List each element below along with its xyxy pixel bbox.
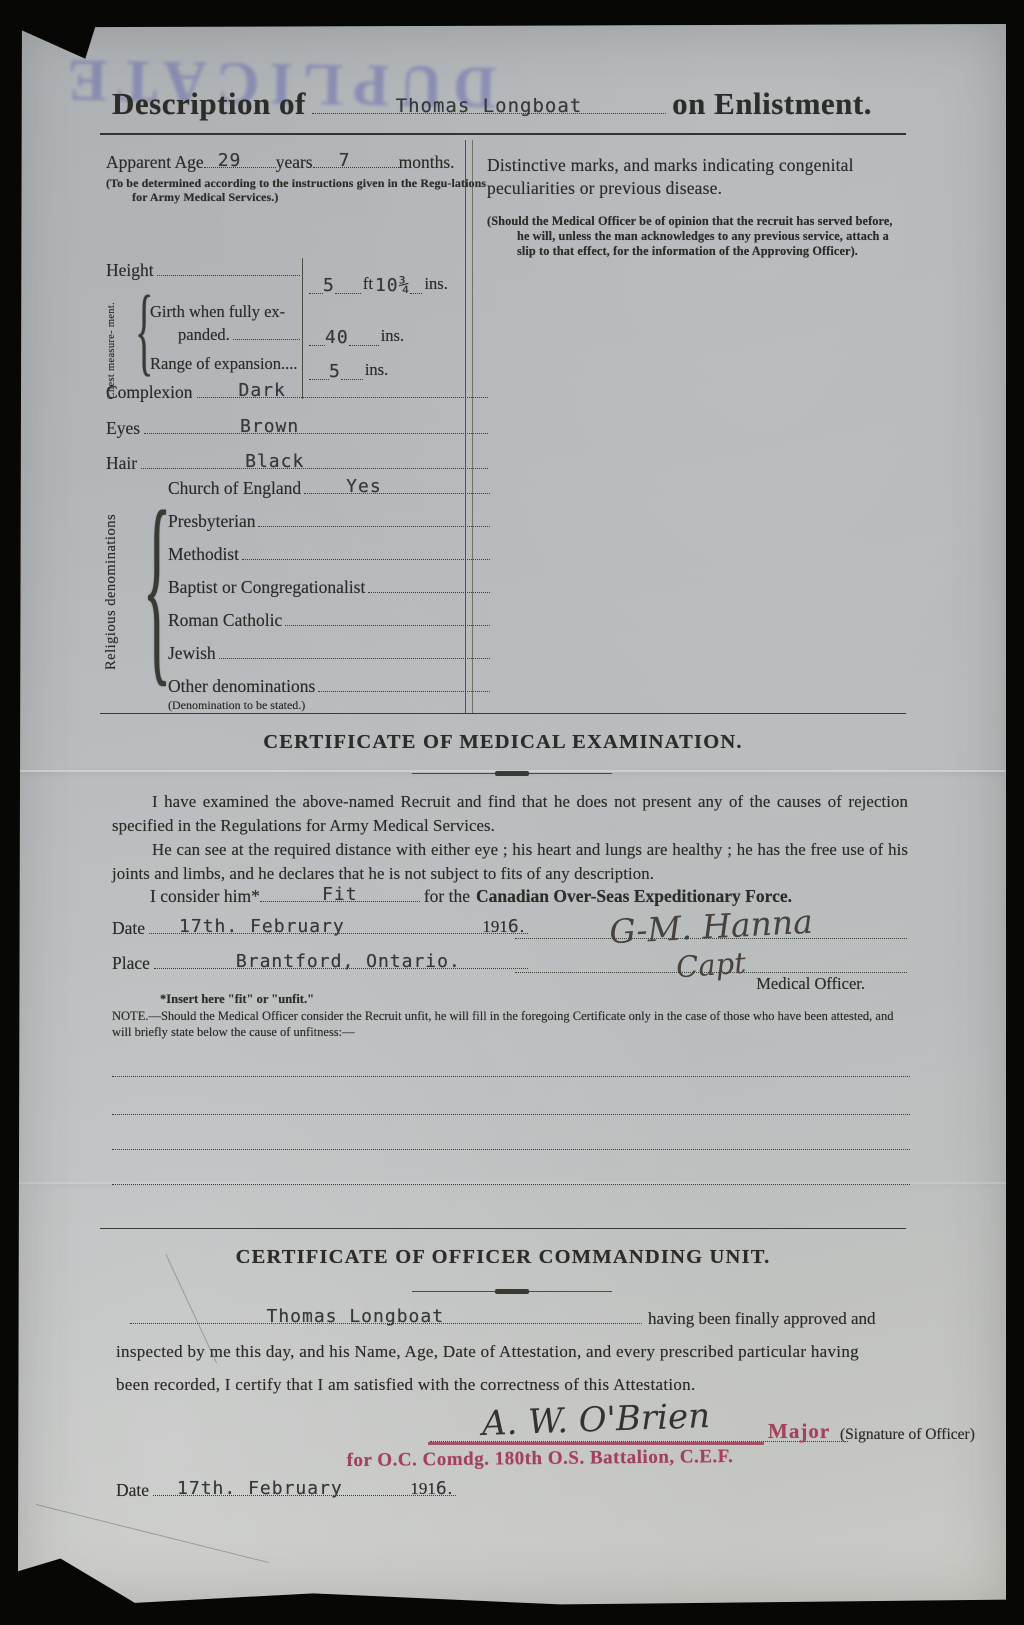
religion-row-presbyterian: Presbyterian	[168, 509, 490, 542]
girth-label-line1: Girth when fully ex-	[150, 302, 300, 322]
date-label: Date	[112, 918, 145, 939]
consider-mid: for the	[424, 886, 470, 907]
description-left-column: Apparent Age 29 years 7 months. (To be d…	[100, 140, 465, 713]
months-label: months.	[399, 152, 455, 173]
range-value: 5	[329, 361, 341, 382]
place-label: Place	[112, 953, 150, 974]
title-suffix: on Enlistment.	[672, 86, 872, 122]
height-inches-value: 10¾	[375, 275, 411, 296]
section-rule	[100, 713, 906, 714]
religion-row-jewish: Jewish	[168, 641, 490, 674]
height-feet-value: 5	[323, 275, 335, 296]
eyes-field: Brown	[144, 416, 488, 434]
section-rule	[100, 1228, 906, 1229]
place-field: Brantford, Ontario.	[154, 951, 528, 969]
blank-line	[112, 1076, 910, 1077]
title-prefix: Description of	[112, 86, 306, 122]
height-leader	[157, 258, 300, 276]
place-value: Brantford, Ontario.	[236, 951, 461, 972]
years-label: years	[276, 152, 313, 173]
age-months-field: 7	[313, 150, 399, 168]
religion-row-roman-catholic: Roman Catholic	[168, 608, 490, 641]
co-recruit-name: Thomas Longboat	[266, 1306, 444, 1327]
section-divider	[412, 771, 612, 776]
eyes-label: Eyes	[106, 418, 140, 439]
church-of-england-value: Yes	[346, 476, 382, 497]
ins-unit: ins.	[424, 274, 447, 294]
co-date-label: Date	[116, 1480, 149, 1501]
complexion-field: Dark	[197, 380, 488, 398]
medical-signature-line: G-M. Hanna	[515, 902, 907, 939]
medical-officer-title: Medical Officer.	[515, 974, 907, 994]
girth-unit: ins.	[381, 326, 404, 346]
girth-leader	[233, 322, 300, 340]
religion-row-methodist: Methodist	[168, 542, 490, 575]
blank-line	[112, 1184, 910, 1185]
co-date-row: Date 17th. February 1916.	[116, 1478, 456, 1501]
distinctive-marks-column: Distinctive marks, and marks indicating …	[473, 140, 906, 713]
religion-side-label: Religious denominations	[102, 476, 144, 708]
ft-unit: ft	[363, 274, 373, 294]
co-line1-suffix: having been finally approved and	[648, 1309, 876, 1329]
recruit-name: Thomas Longboat	[396, 95, 583, 117]
complexion-value: Dark	[239, 380, 286, 401]
medical-certificate-title: CERTIFICATE OF MEDICAL EXAMINATION.	[100, 731, 906, 754]
range-unit: ins.	[365, 360, 388, 380]
form-title: Description of Thomas Longboat on Enlist…	[112, 86, 872, 122]
co-date-value: 17th. February	[177, 1478, 343, 1499]
fit-unfit-footnote: *Insert here "fit" or "unfit."	[160, 992, 314, 1007]
medical-date-row: Date 17th. February 1916.	[112, 916, 528, 939]
co-signature-block: A. W. O'Brien Major (Signature of Office…	[428, 1392, 988, 1442]
hair-label: Hair	[106, 453, 137, 474]
co-line2: inspected by me this day, and his Name, …	[116, 1342, 908, 1362]
header-rule	[100, 133, 906, 135]
blank-line	[112, 1149, 910, 1150]
eyes-value: Brown	[240, 416, 299, 437]
range-label: Range of expansion....	[150, 354, 298, 374]
co-name-field: Thomas Longboat	[130, 1306, 642, 1324]
fit-value: Fit	[322, 884, 358, 905]
religious-denominations-block: Religious denominations { Church of Engl…	[102, 476, 490, 708]
religion-row-other: Other denominations	[168, 674, 490, 700]
distinctive-marks-note: (Should the Medical Officer be of opinio…	[487, 214, 902, 259]
girth-value: 40	[325, 327, 349, 348]
co-date-field: 17th. February 1916.	[153, 1478, 456, 1496]
co-name-row: Thomas Longboat having been finally appr…	[130, 1306, 906, 1329]
blank-line	[112, 1114, 910, 1115]
co-officer-signature: A. W. O'Brien	[427, 1394, 764, 1446]
girth-label-line2: panded.	[178, 325, 230, 345]
fit-field: Fit	[260, 884, 420, 902]
medical-rank-line: Capt	[515, 938, 907, 973]
hair-value: Black	[245, 451, 304, 472]
date-value: 17th. February	[179, 916, 345, 937]
year-printed: 191	[482, 917, 508, 936]
religion-row-church-of-england: Church of England Yes	[168, 476, 490, 509]
hair-field: Black	[141, 451, 488, 469]
consider-prefix: I consider him*	[150, 886, 260, 907]
age-years-field: 29	[204, 150, 276, 168]
date-field: 17th. February 1916.	[149, 916, 528, 934]
signature-of-officer-caption: (Signature of Officer)	[840, 1426, 975, 1444]
co-certificate-title: CERTIFICATE OF OFFICER COMMANDING UNIT.	[100, 1246, 906, 1269]
denomination-footnote: (Denomination to be stated.)	[168, 698, 490, 713]
section-divider	[412, 1289, 612, 1294]
battalion-stamp: for O.C. Comdg. 180th O.S. Battalion, C.…	[345, 1446, 735, 1472]
medical-paragraph-2: He can see at the required distance with…	[112, 838, 908, 887]
major-rank-stamp: Major	[768, 1419, 830, 1444]
medical-place-row: Place Brantford, Ontario.	[112, 951, 528, 974]
medical-paragraph-1: I have examined the above-named Recruit …	[112, 790, 908, 839]
distinctive-marks-heading: Distinctive marks, and marks indicating …	[487, 154, 902, 200]
religion-row-baptist: Baptist or Congregationalist	[168, 575, 490, 608]
age-regulation-note: (To be determined according to the instr…	[106, 176, 504, 204]
recruit-name-field: Thomas Longboat	[312, 96, 666, 114]
unfitness-note: NOTE.—Should the Medical Officer conside…	[112, 1009, 912, 1040]
